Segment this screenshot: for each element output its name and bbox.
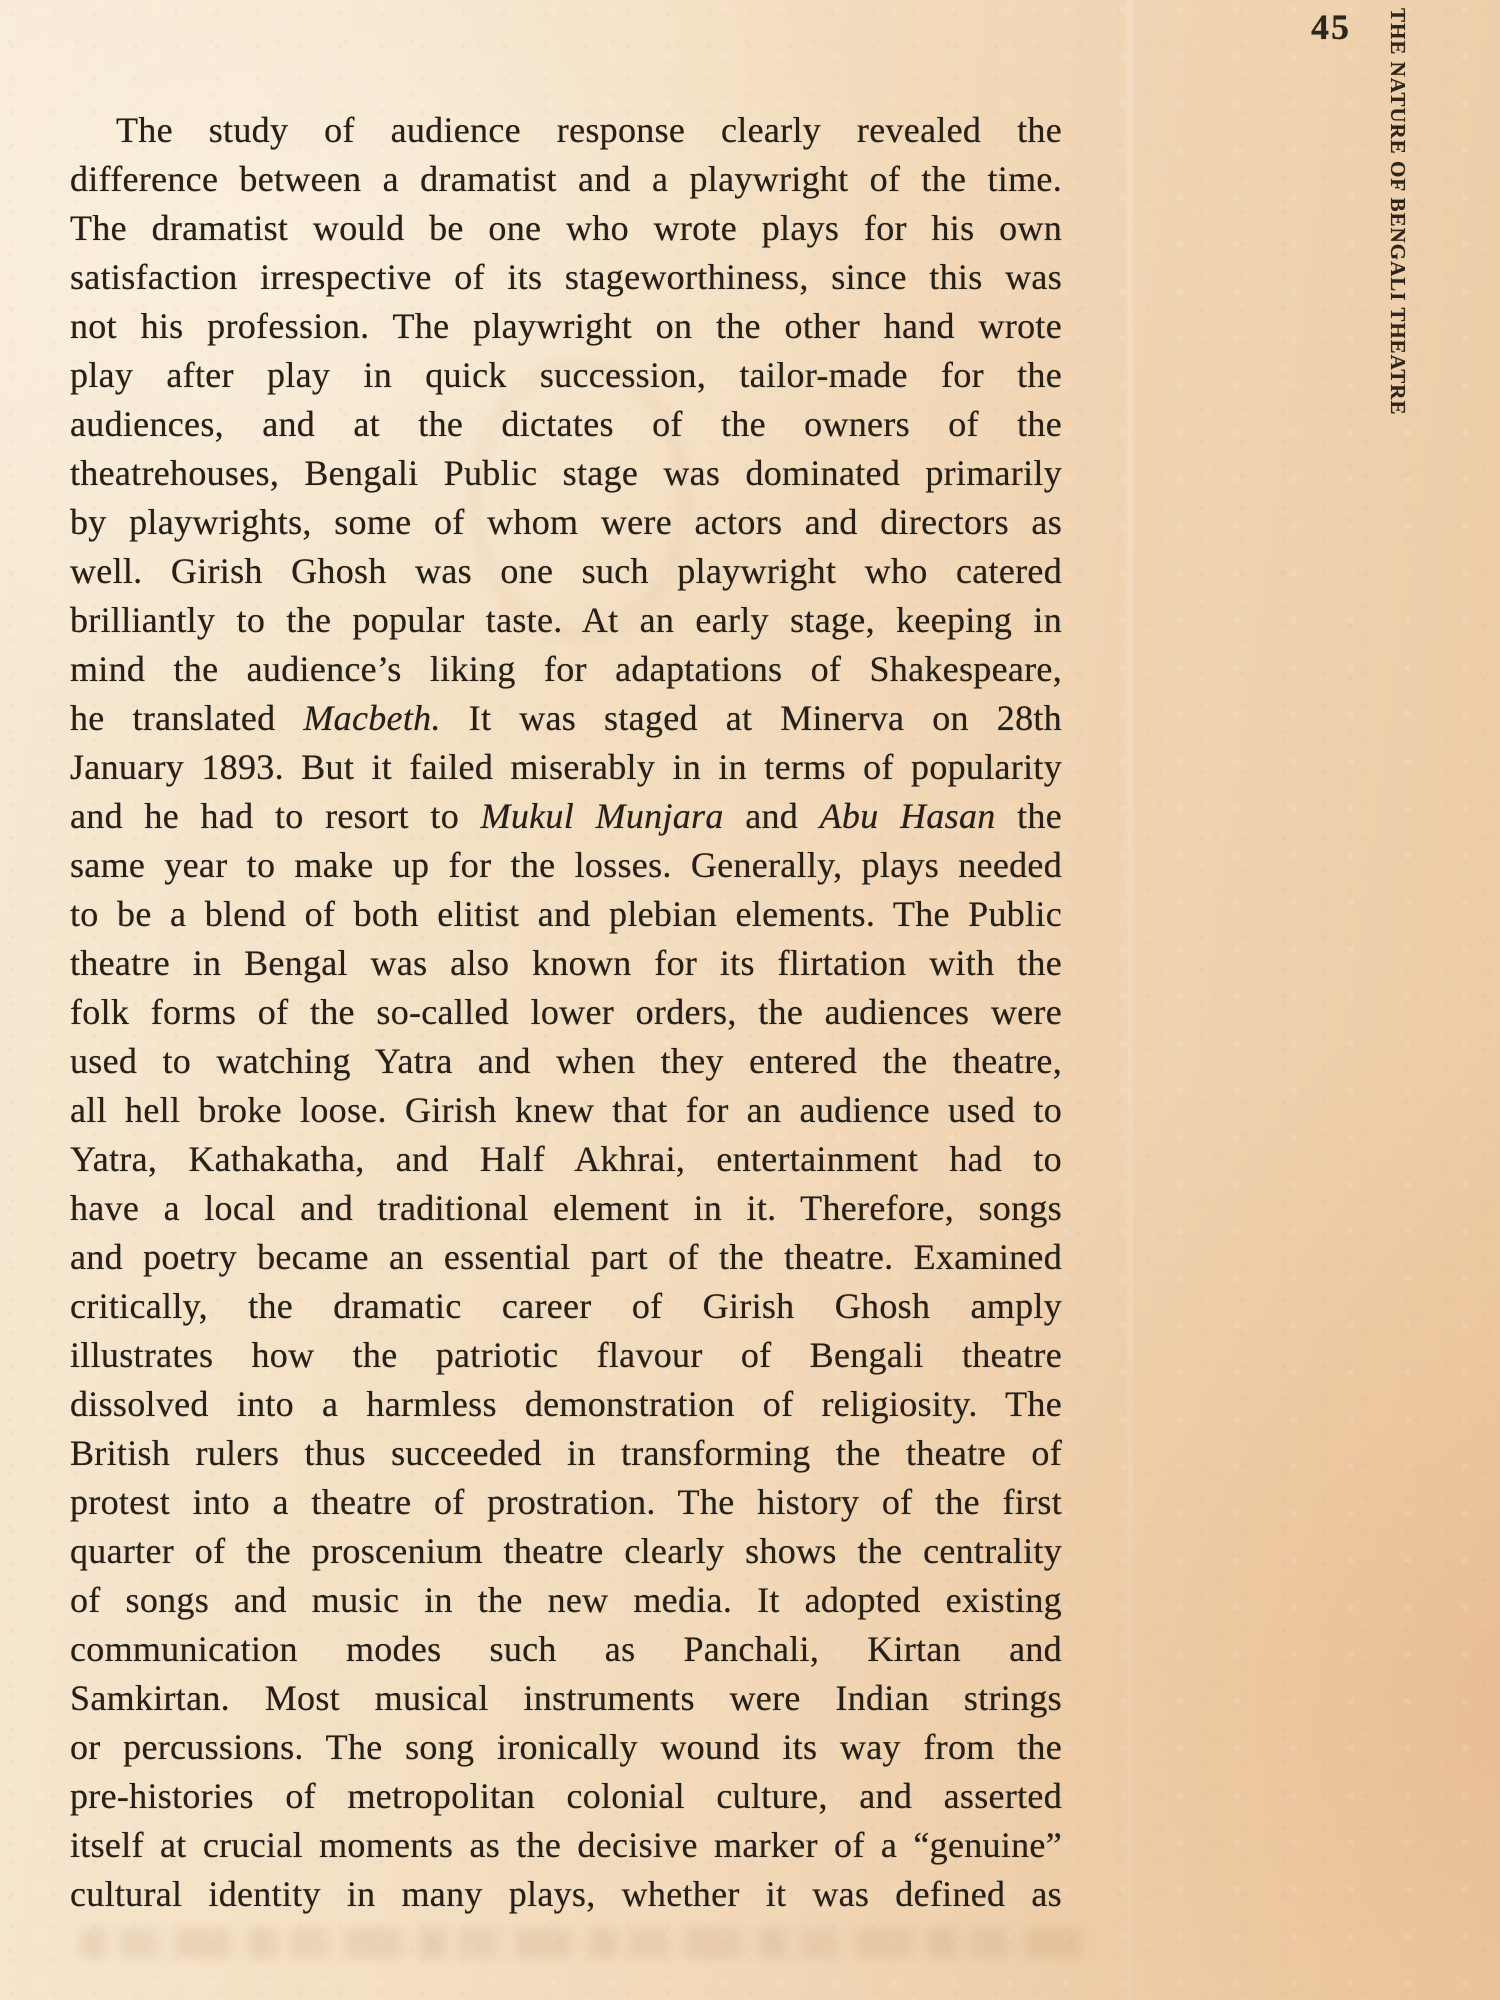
text-line: protest into a theatre of prostration. T… (70, 1478, 1062, 1527)
text-line: Samkirtan. Most musical instruments were… (70, 1674, 1062, 1723)
body-text-segment: to be a blend of both elitist and plebia… (70, 894, 1062, 934)
italic-title-text: Abu Hasan (820, 796, 996, 836)
body-text-segment: critically, the dramatic career of Giris… (70, 1286, 1062, 1326)
text-line: January 1893. But it failed miserably in… (70, 743, 1062, 792)
body-text-segment: illustrates how the patriotic flavour of… (70, 1335, 1062, 1375)
text-line: dissolved into a harmless demonstration … (70, 1380, 1062, 1429)
text-line: The dramatist would be one who wrote pla… (70, 204, 1062, 253)
text-line: all hell broke loose. Girish knew that f… (70, 1086, 1062, 1135)
running-head-vertical: THE NATURE OF BENGALI THEATRE (1385, 8, 1410, 1208)
text-line: used to watching Yatra and when they ent… (70, 1037, 1062, 1086)
body-text-segment: of songs and music in the new media. It … (70, 1580, 1062, 1620)
body-text-segment: itself at crucial moments as the decisiv… (70, 1825, 1062, 1865)
body-text-segment: folk forms of the so-called lower orders… (70, 992, 1062, 1032)
body-text-segment: satisfaction irrespective of its stagewo… (70, 257, 1062, 297)
body-text-segment: not his profession. The playwright on th… (70, 306, 1062, 346)
text-line: not his profession. The playwright on th… (70, 302, 1062, 351)
text-line: quarter of the proscenium theatre clearl… (70, 1527, 1062, 1576)
text-line: play after play in quick succession, tai… (70, 351, 1062, 400)
body-text-segment: used to watching Yatra and when they ent… (70, 1041, 1062, 1081)
body-text-segment: pre-histories of metropolitan colonial c… (70, 1776, 1062, 1816)
body-text-segment: quarter of the proscenium theatre clearl… (70, 1531, 1062, 1571)
body-text-segment: play after play in quick succession, tai… (70, 355, 1062, 395)
body-text-segment: British rulers thus succeeded in transfo… (70, 1433, 1062, 1473)
body-text-segment: The dramatist would be one who wrote pla… (70, 208, 1062, 248)
text-line: difference between a dramatist and a pla… (70, 155, 1062, 204)
text-line: satisfaction irrespective of its stagewo… (70, 253, 1062, 302)
text-line: Yatra, Kathakatha, and Half Akhrai, ente… (70, 1135, 1062, 1184)
body-text-segment: It was staged at Minerva on 28th (441, 698, 1062, 738)
text-line: and poetry became an essential part of t… (70, 1233, 1062, 1282)
body-text-segment: dissolved into a harmless demonstration … (70, 1384, 1062, 1424)
text-line: brilliantly to the popular taste. At an … (70, 596, 1062, 645)
text-line: same year to make up for the losses. Gen… (70, 841, 1062, 890)
body-text-segment: January 1893. But it failed miserably in… (70, 747, 1062, 787)
body-text-segment: difference between a dramatist and a pla… (70, 159, 1062, 199)
text-line: well. Girish Ghosh was one such playwrig… (70, 547, 1062, 596)
body-text-segment: brilliantly to the popular taste. At an … (70, 600, 1062, 640)
text-line: he translated Macbeth. It was staged at … (70, 694, 1062, 743)
text-line: cultural identity in many plays, whether… (70, 1870, 1062, 1919)
text-line: communication modes such as Panchali, Ki… (70, 1625, 1062, 1674)
body-text-segment: he translated (70, 698, 303, 738)
text-line: and he had to resort to Mukul Munjara an… (70, 792, 1062, 841)
body-text-segment: and he had to resort to (70, 796, 481, 836)
body-text-segment: protest into a theatre of prostration. T… (70, 1482, 1062, 1522)
text-line: itself at crucial moments as the decisiv… (70, 1821, 1062, 1870)
text-line: of songs and music in the new media. It … (70, 1576, 1062, 1625)
body-text-segment: Yatra, Kathakatha, and Half Akhrai, ente… (70, 1139, 1062, 1179)
paper-crease (1128, 0, 1132, 2000)
text-line: The study of audience response clearly r… (70, 106, 1062, 155)
body-text-segment: Samkirtan. Most musical instruments were… (70, 1678, 1062, 1718)
text-line: or percussions. The song ironically woun… (70, 1723, 1062, 1772)
text-line: theatre in Bengal was also known for its… (70, 939, 1062, 988)
text-line: to be a blend of both elitist and plebia… (70, 890, 1062, 939)
ghost-text-showthrough (80, 1928, 1090, 1958)
body-text-segment: theatre in Bengal was also known for its… (70, 943, 1062, 983)
body-text-segment: The study of audience response clearly r… (116, 110, 1062, 150)
text-line: by playwrights, some of whom were actors… (70, 498, 1062, 547)
text-line: critically, the dramatic career of Giris… (70, 1282, 1062, 1331)
text-line: illustrates how the patriotic flavour of… (70, 1331, 1062, 1380)
body-text-segment: or percussions. The song ironically woun… (70, 1727, 1062, 1767)
body-text-segment: mind the audience’s liking for adaptatio… (70, 649, 1062, 689)
body-text-segment: audiences, and at the dictates of the ow… (70, 404, 1062, 444)
text-line: mind the audience’s liking for adaptatio… (70, 645, 1062, 694)
italic-title-text: Macbeth. (303, 698, 440, 738)
page-number: 45 (1296, 6, 1366, 48)
italic-title-text: Mukul Munjara (481, 796, 724, 836)
body-text-segment: all hell broke loose. Girish knew that f… (70, 1090, 1062, 1130)
body-text-segment: have a local and traditional element in … (70, 1188, 1062, 1228)
body-text-segment: well. Girish Ghosh was one such playwrig… (70, 551, 1062, 591)
body-text-segment: the (996, 796, 1062, 836)
text-line: British rulers thus succeeded in transfo… (70, 1429, 1062, 1478)
body-text-segment: communication modes such as Panchali, Ki… (70, 1629, 1062, 1669)
text-line: have a local and traditional element in … (70, 1184, 1062, 1233)
book-page-scan: 45 THE NATURE OF BENGALI THEATRE The stu… (0, 0, 1500, 2000)
body-text: The study of audience response clearly r… (70, 106, 1062, 1919)
body-text-segment: theatrehouses, Bengali Public stage was … (70, 453, 1062, 493)
text-line: theatrehouses, Bengali Public stage was … (70, 449, 1062, 498)
body-text-segment: by playwrights, some of whom were actors… (70, 502, 1062, 542)
body-text-segment: and (724, 796, 820, 836)
text-line: audiences, and at the dictates of the ow… (70, 400, 1062, 449)
text-line: folk forms of the so-called lower orders… (70, 988, 1062, 1037)
body-text-segment: and poetry became an essential part of t… (70, 1237, 1062, 1277)
body-text-segment: cultural identity in many plays, whether… (70, 1874, 1062, 1914)
body-text-segment: same year to make up for the losses. Gen… (70, 845, 1062, 885)
text-line: pre-histories of metropolitan colonial c… (70, 1772, 1062, 1821)
